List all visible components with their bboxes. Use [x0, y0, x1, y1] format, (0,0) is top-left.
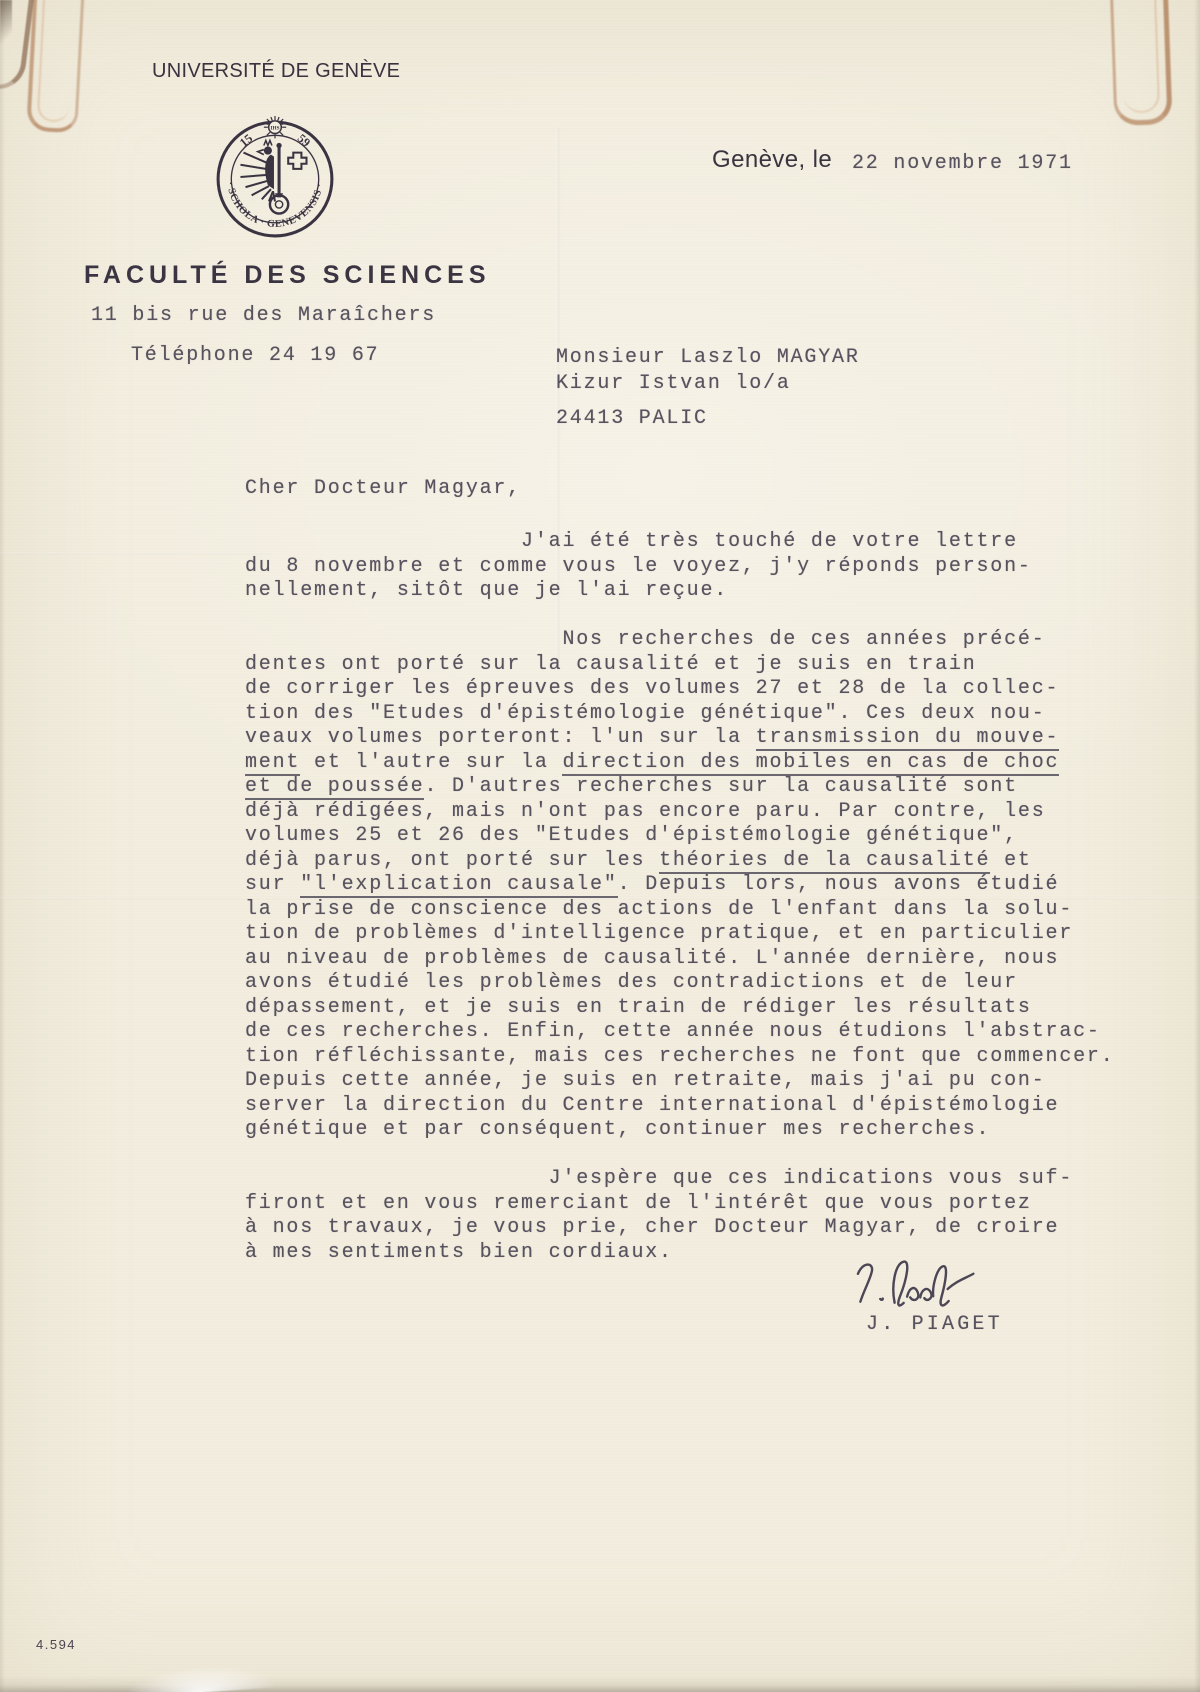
- underlined-phrase: théories de la causalité: [659, 849, 990, 874]
- letterhead-phone: Téléphone 24 19 67: [131, 344, 379, 367]
- letter-line: J'ai été très touché de votre lettre: [245, 530, 1115, 555]
- rust-paperclip-mark-right: [1109, 0, 1172, 126]
- letter-line: firont et en vous remerciant de l'intérê…: [245, 1192, 1115, 1217]
- underlined-phrase: ment: [245, 751, 300, 776]
- letter-line: déjà rédigées, mais n'ont pas encore par…: [245, 800, 1115, 825]
- letter-line: de ces recherches. Enfin, cette année no…: [245, 1020, 1115, 1045]
- underlined-phrase: "l'explication causale": [300, 873, 617, 898]
- letter-line: de corriger les épreuves des volumes 27 …: [245, 677, 1115, 702]
- university-seal-icon: · SCHOLA · GENEVENSIS · 15 59: [212, 114, 338, 240]
- letter-line: avons étudié les problèmes des contradic…: [245, 971, 1115, 996]
- letter-line: server la direction du Centre internatio…: [245, 1094, 1115, 1119]
- letter-line: et de poussée. D'autres recherches sur l…: [245, 775, 1115, 800]
- letter-line: volumes 25 et 26 des "Etudes d'épistémol…: [245, 824, 1115, 849]
- letter-line: Nos recherches de ces années précé-: [245, 628, 1115, 653]
- letter-line: Depuis cette année, je suis en retraite,…: [245, 1069, 1115, 1094]
- recipient-line: 24413 PALIC: [556, 406, 860, 432]
- seal-key-emblem: [270, 143, 307, 214]
- letter-line: dépassement, et je suis en train de rédi…: [245, 996, 1115, 1021]
- typed-signature: J. PIAGET: [866, 1313, 1003, 1336]
- underlined-phrase: transmission du mouve-: [756, 726, 1060, 751]
- letter-line: au niveau de problèmes de causalité. L'a…: [245, 947, 1115, 972]
- letter-body: J'ai été très touché de votre lettredu 8…: [245, 530, 1115, 1290]
- seal-sun-text: IHS: [270, 126, 279, 132]
- letterhead-university-name: UNIVERSITÉ DE GENÈVE: [152, 60, 400, 83]
- letter-line: nellement, sitôt que je l'ai reçue.: [245, 579, 1115, 604]
- letter-line: génétique et par conséquent, continuer m…: [245, 1118, 1115, 1143]
- letter-line: du 8 novembre et comme vous le voyez, j'…: [245, 555, 1115, 580]
- recipient-line: Kizur Istvan lo/a: [556, 371, 860, 397]
- horizontal-fold-crease: [0, 552, 270, 554]
- letter-line: tion de problèmes d'intelligence pratiqu…: [245, 922, 1115, 947]
- letter-line: J'espère que ces indications vous suf-: [245, 1167, 1115, 1192]
- paragraph: J'ai été très touché de votre lettredu 8…: [245, 530, 1115, 604]
- handwritten-signature: [845, 1246, 1007, 1320]
- underlined-phrase: et de poussée: [245, 775, 424, 800]
- letter-line: déjà parus, ont porté sur les théories d…: [245, 849, 1115, 874]
- letter-line: à nos travaux, je vous prie, cher Docteu…: [245, 1216, 1115, 1241]
- salutation: Cher Docteur Magyar,: [245, 477, 521, 500]
- rust-paperclip-mark-left: [26, 0, 85, 133]
- letter-line: sur "l'explication causale". Depuis lors…: [245, 873, 1115, 898]
- underlined-phrase: direction des mobiles en cas de choc: [562, 751, 1059, 776]
- seal-sun-emblem: IHS: [264, 116, 286, 138]
- recipient-line: Monsieur Laszlo MAGYAR: [556, 345, 860, 371]
- letterhead-street-address: 11 bis rue des Maraîchers: [91, 304, 436, 327]
- letter-line: tion réfléchissante, mais ces recherches…: [245, 1045, 1115, 1070]
- letter-line: veaux volumes porteront: l'un sur la tra…: [245, 726, 1115, 751]
- letterhead-faculty-name: FACULTÉ DES SCIENCES: [84, 261, 491, 290]
- paragraph: Nos recherches de ces années précé-dente…: [245, 628, 1115, 1143]
- letter-line: la prise de conscience des actions de l'…: [245, 898, 1115, 923]
- dateline-place-label: Genève, le: [712, 146, 832, 174]
- letter-line: tion des "Etudes d'épistémologie génétiq…: [245, 702, 1115, 727]
- letter-line: dentes ont porté sur la causalité et je …: [245, 653, 1115, 678]
- form-number: 4.594: [36, 1637, 76, 1652]
- letter-document: UNIVERSITÉ DE GENÈVE · SCHOLA · GENEVENS…: [0, 0, 1200, 1692]
- letter-line: ment et l'autre sur la direction des mob…: [245, 751, 1115, 776]
- bottom-crease-mark: [127, 1656, 289, 1692]
- recipient-address-block: Monsieur Laszlo MAGYAR Kizur Istvan lo/a…: [556, 345, 860, 432]
- dateline-typed-date: 22 novembre 1971: [852, 152, 1073, 175]
